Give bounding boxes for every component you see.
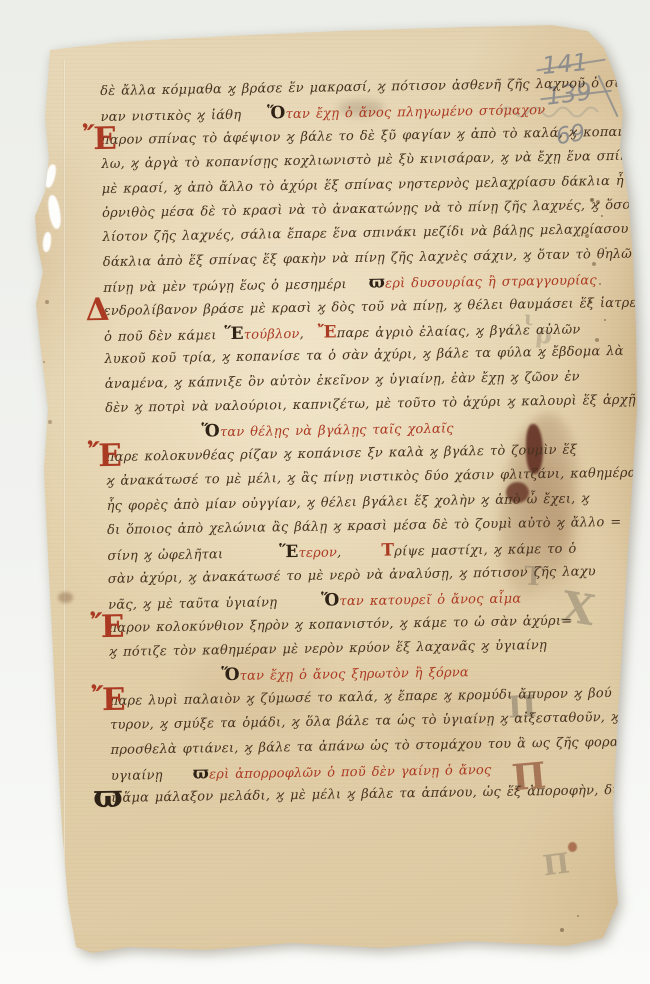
paragraph-initial: Δ bbox=[85, 294, 110, 325]
text-run: ϗ πότιζε τὸν καθημέραν μὲ νερὸν κρύον ἕξ… bbox=[109, 638, 547, 660]
text-run: παρε ἀγριὸ ἐλαίας, ϗ βγάλε αὐλῶν bbox=[337, 322, 581, 341]
text-run: δι ὅποιος ἀπὸ χελώνια ἂς βάλῃ ϗ κρασὶ μέ… bbox=[107, 515, 622, 538]
text-run: δὲ ἄλλα κόμμαθα ϗ βράσε ἕν μακρασί, ϗ πό… bbox=[100, 76, 636, 99]
text-run: ἧς φορὲς ἀπὸ μίαν οὐγγίαν, ϗ θέλει βγάλε… bbox=[107, 491, 590, 514]
manuscript-text-block: δὲ ἄλλα κόμμαθα ϗ βράσε ἕν μακρασί, ϗ πό… bbox=[100, 72, 605, 811]
paragraph-initial: Ἔ bbox=[83, 124, 118, 156]
text-run: δάκλια ἀπὸ ἕξ σπίνας ἕξ φακὴν νὰ πίνῃ ζῆ… bbox=[103, 246, 632, 269]
rubric-run: ερὶ δυσουρίας ἢ στραγγουρίας bbox=[385, 273, 597, 291]
rubric-run: ταν θέλῃς νὰ βγάλῃς ταῖς χολαῖς bbox=[220, 422, 454, 441]
rubric-run: τερον bbox=[298, 546, 337, 562]
initial-capital: Ὅ bbox=[221, 665, 240, 685]
text-run: λυκοῦ κοῦ τρία, ϗ κοπανίσε τα ὁ σὰν ἀχύρ… bbox=[104, 344, 623, 367]
paper-loss-chip bbox=[43, 163, 58, 188]
text-run: λω, ϗ ἀργὰ τὸ κοπανίσῃς κοχλιωνιστὸ μὲ ξ… bbox=[101, 149, 644, 173]
initial-capital: Ὅ bbox=[267, 103, 286, 123]
text-run: , bbox=[337, 546, 342, 561]
text-run: ρίψε μαστίχι, ϗ κάμε το ὁ bbox=[394, 542, 576, 560]
text-run: ὀρνιθὸς μέσα δὲ τὸ κρασὶ νὰ τὸ ἀνακατώνῃ… bbox=[102, 197, 650, 221]
paragraph-initial: Ἔ bbox=[92, 684, 127, 716]
text-run: μὲ κρασί, ϗ ἀπὸ ἄλλο τὸ ἀχύρι ἕξ σπίνας … bbox=[102, 173, 624, 196]
text-run: ὁ ποῦ δὲν κάμει bbox=[104, 328, 217, 345]
text-run: ἱ ἅμα μάλαξον μελάδι, ϗ μὲ μέλι ϗ βάλε τ… bbox=[111, 783, 643, 806]
text-run: ἀναμένα, ϗ κάπνιξε ὂν αὐτὸν ἐκεῖνον ϗ ὑγ… bbox=[105, 369, 580, 391]
parchment-paper: ιρΧΤΠΠΠ 141 139 69 δὲ ἄλλα κόμμαθα ϗ βρά… bbox=[0, 0, 650, 984]
initial-capital: ϖ bbox=[192, 763, 209, 783]
initial-capital: Ἔ bbox=[318, 322, 337, 342]
text-run: τυρον, ϗ σμύξε τα ὁμάδι, ϗ ὅλα βάλε τα ὡ… bbox=[110, 710, 634, 733]
text-run: , bbox=[299, 327, 304, 342]
paragraph-initial: Ἔ bbox=[90, 611, 125, 643]
text-run: παρε κολοκυνθέας ρίζαν ϗ κοπάνισε ξν καλ… bbox=[106, 442, 577, 464]
corner-pen-slash bbox=[597, 13, 634, 37]
text-run: νᾶς, ϗ μὲ ταῦτα ὑγιαίνῃ bbox=[108, 595, 277, 613]
bleedthrough-letter: Π bbox=[541, 847, 571, 883]
initial-capital: Ἕ bbox=[279, 542, 299, 562]
paper-loss-chip bbox=[46, 194, 62, 229]
initial-capital: Ὅ bbox=[201, 422, 220, 442]
text-run: προσθελὰ φτιάνει, ϗ βάλε τα ἀπάνω ὡς τὸ … bbox=[110, 734, 650, 758]
fold-crease bbox=[63, 60, 66, 940]
text-run: σίνη ϗ ὠφελῆται bbox=[107, 548, 223, 565]
initial-capital: Τ bbox=[381, 541, 394, 561]
text-run: ναν νιστικὸς ϗ ἰάθη bbox=[100, 108, 241, 125]
rubric-run: τούβλον bbox=[244, 327, 300, 343]
red-spot bbox=[568, 842, 577, 852]
initial-capital: ϖ bbox=[369, 273, 386, 293]
text-run: σὰν ἀχύρι, ϗ ἀνακάτωσέ το μὲ νερὸ νὰ ἀνα… bbox=[108, 564, 596, 587]
manuscript-leaf: ιρΧΤΠΠΠ 141 139 69 δὲ ἄλλα κόμμαθα ϗ βρά… bbox=[0, 0, 650, 984]
rubric-run: ταν ἔχῃ ὁ ἄνος ξηρωτὸν ἢ ξόρνα bbox=[240, 666, 469, 685]
paragraph-initial: Ἔ bbox=[88, 441, 123, 473]
text-run: ϗ ἀνακάτωσέ το μὲ μέλι, ϗ ἂς πίνῃ νιστικ… bbox=[106, 466, 645, 489]
brown-spot bbox=[58, 592, 73, 603]
paper-loss-chip bbox=[42, 232, 52, 253]
text-run: ενδρολίβανον βράσε μὲ κρασὶ ϗ δὸς τοῦ νὰ… bbox=[104, 295, 650, 319]
rubric-run: ταν κατουρεῖ ὁ ἄνος αἷμα bbox=[339, 592, 521, 610]
text-run: παρον σπίνας τὸ ἀφέψιον ϗ βάλε το δὲ ξῦ … bbox=[101, 124, 650, 148]
text-run: παρον κολοκύνθιον ξηρὸν ϗ κοπανιστόν, ϗ … bbox=[108, 613, 572, 635]
rubric-run: ταν ἔχῃ ὁ ἄνος πληγωμένο στόμαχον bbox=[285, 103, 545, 122]
initial-capital: Ὅ bbox=[321, 591, 340, 611]
text-run: πίνῃ νὰ μὲν τρώγῃ ἕως ὁ μεσημέρι bbox=[103, 277, 347, 296]
paragraph-initial: ϖ bbox=[93, 782, 123, 813]
initial-capital: Ἕ bbox=[224, 324, 244, 344]
text-run: δὲν ϗ ποτρὶ νὰ ναλούριοι, καπνιζέτω, μὲ … bbox=[105, 393, 636, 416]
text-run: λίοτον ζῆς λαχνές, σάλια ἔπαρε ἕνα σπινά… bbox=[102, 222, 628, 245]
rubric-run: ερὶ ἀπορροφλῶν ὁ ποῦ δὲν γαίνῃ ὁ ἄνος bbox=[209, 763, 492, 782]
text-run: παρε λυρὶ παλαιὸν ϗ ζύμωσέ το καλά, ϗ ἔπ… bbox=[110, 686, 612, 709]
